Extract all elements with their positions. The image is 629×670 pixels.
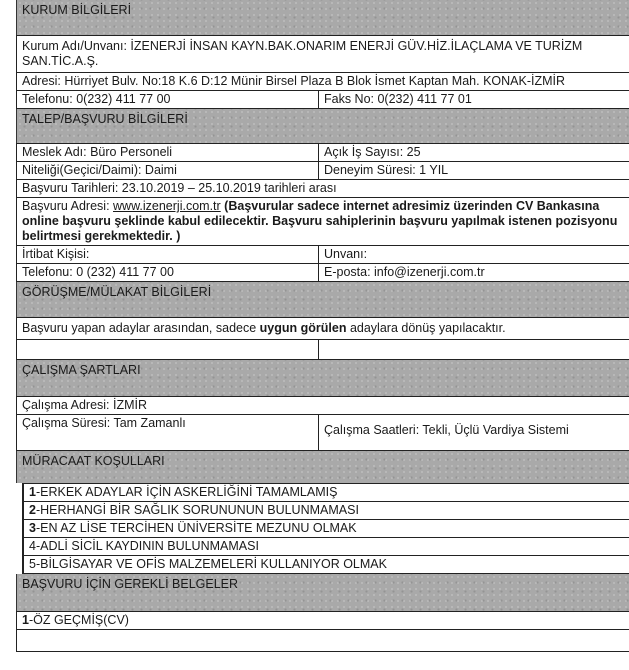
calisma-saatleri: Çalışma Saatleri: Tekli, Üçlü Vardiya Si… bbox=[319, 415, 629, 450]
kurum-address-row: Adresi: Hürriyet Bulv. No:18 K.6 D:12 Mü… bbox=[16, 73, 629, 91]
acik-is-sayisi: Açık İş Sayısı: 25 bbox=[319, 144, 629, 161]
list-item: 2-HERHANGİ BİR SAĞLIK SORUNUNUN BULUNMAM… bbox=[23, 502, 629, 520]
belgeler-list: 1-ÖZ GEÇMİŞ(CV) bbox=[16, 611, 629, 630]
empty-cell bbox=[17, 630, 629, 651]
basvuru-tarihleri: Başvuru Tarihleri: 23.10.2019 – 25.10.20… bbox=[17, 180, 629, 197]
section-header-gorusme: GÖRÜŞME/MÜLAKAT BİLGİLERİ bbox=[16, 282, 629, 317]
irtibat-telefon: Telefonu: 0 (232) 411 77 00 bbox=[17, 264, 319, 281]
niteligi: Niteliği(Geçici/Daimi): Daimi bbox=[17, 162, 319, 179]
list-item: 1-ERKEK ADAYLAR İÇİN ASKERLİĞİNİ TAMAMLA… bbox=[23, 483, 629, 502]
item-text: -HERHANGİ BİR SAĞLIK SORUNUNUN BULUNMAMA… bbox=[36, 503, 359, 517]
basvuru-website-link[interactable]: www.izenerji.com.tr bbox=[113, 199, 221, 213]
kurum-contact-row: Telefonu: 0(232) 411 77 00 Faks No: 0(23… bbox=[16, 91, 629, 109]
irtibat-kisisi: İrtibat Kişisi: bbox=[17, 246, 319, 263]
item-number: 4 bbox=[29, 539, 36, 553]
unvani: Unvanı: bbox=[319, 246, 629, 263]
list-item: 1-ÖZ GEÇMİŞ(CV) bbox=[16, 611, 629, 630]
section-title: ÇALIŞMA ŞARTLARI bbox=[22, 363, 629, 377]
talep-row-1: Meslek Adı: Büro Personeli Açık İş Sayıs… bbox=[16, 143, 629, 162]
section-header-talep: TALEP/BAŞVURU BİLGİLERİ bbox=[16, 109, 629, 143]
empty-cell bbox=[319, 340, 629, 359]
item-text: -ERKEK ADAYLAR İÇİN ASKERLİĞİNİ TAMAMLAM… bbox=[36, 485, 337, 499]
gorusme-text-bold: uygun görülen bbox=[260, 321, 347, 335]
meslek-adi: Meslek Adı: Büro Personeli bbox=[17, 144, 319, 161]
talep-row-2: Niteliği(Geçici/Daimi): Daimi Deneyim Sü… bbox=[16, 162, 629, 180]
talep-row-3: Başvuru Tarihleri: 23.10.2019 – 25.10.20… bbox=[16, 180, 629, 198]
section-header-calisma: ÇALIŞMA ŞARTLARI bbox=[16, 360, 629, 396]
talep-row-6: Telefonu: 0 (232) 411 77 00 E-posta: inf… bbox=[16, 264, 629, 282]
gorusme-text-2: adaylara dönüş yapılacaktır. bbox=[346, 321, 505, 335]
item-text: -BİLGİSAYAR VE OFİS MALZEMELERİ KULLANIY… bbox=[36, 557, 387, 571]
kurum-name-row: Kurum Adı/Unvanı: İZENERJİ İNSAN KAYN.BA… bbox=[16, 35, 629, 73]
talep-row-5: İrtibat Kişisi: Unvanı: bbox=[16, 246, 629, 264]
section-header-kurum: KURUM BİLGİLERİ bbox=[16, 0, 629, 35]
calisma-adresi: Çalışma Adresi: İZMİR bbox=[17, 397, 629, 414]
item-text: -ADLİ SİCİL KAYDININ BULUNMAMASI bbox=[36, 539, 259, 553]
muracaat-list: 1-ERKEK ADAYLAR İÇİN ASKERLİĞİNİ TAMAMLA… bbox=[22, 483, 629, 574]
job-posting-form: KURUM BİLGİLERİ Kurum Adı/Unvanı: İZENER… bbox=[16, 0, 629, 652]
kurum-name-label: Kurum Adı/Unvanı: bbox=[22, 39, 127, 53]
list-item: 3-EN AZ LİSE TERCİHEN ÜNİVERSİTE MEZUNU … bbox=[23, 520, 629, 538]
item-text: -EN AZ LİSE TERCİHEN ÜNİVERSİTE MEZUNU O… bbox=[36, 521, 357, 535]
calisma-row-1: Çalışma Adresi: İZMİR bbox=[16, 396, 629, 415]
item-number: 1 bbox=[29, 485, 36, 499]
gorusme-empty-row bbox=[16, 340, 629, 360]
gorusme-text-1: Başvuru yapan adaylar arasından, sadece bbox=[22, 321, 260, 335]
section-title: TALEP/BAŞVURU BİLGİLERİ bbox=[22, 112, 629, 126]
gorusme-row: Başvuru yapan adaylar arasından, sadece … bbox=[16, 317, 629, 340]
item-number: 5 bbox=[29, 557, 36, 571]
section-title: GÖRÜŞME/MÜLAKAT BİLGİLERİ bbox=[22, 285, 629, 299]
section-title: BAŞVURU İÇİN GEREKLİ BELGELER bbox=[22, 577, 629, 591]
section-title: KURUM BİLGİLERİ bbox=[22, 3, 629, 17]
item-number: 2 bbox=[29, 503, 36, 517]
list-item: 5-BİLGİSAYAR VE OFİS MALZEMELERİ KULLANI… bbox=[23, 556, 629, 574]
deneyim-suresi: Deneyim Süresi: 1 YIL bbox=[319, 162, 629, 179]
kurum-fax: Faks No: 0(232) 411 77 01 bbox=[319, 91, 629, 108]
section-title: MÜRACAAT KOŞULLARI bbox=[22, 454, 629, 468]
calisma-suresi: Çalışma Süresi: Tam Zamanlı bbox=[17, 415, 319, 450]
talep-row-4: Başvuru Adresi: www.izenerji.com.tr (Baş… bbox=[16, 198, 629, 246]
belgeler-empty-row bbox=[16, 630, 629, 652]
basvuru-adresi-label: Başvuru Adresi: bbox=[22, 199, 113, 213]
list-item: 4-ADLİ SİCİL KAYDININ BULUNMAMASI bbox=[23, 538, 629, 556]
item-number: 3 bbox=[29, 521, 36, 535]
calisma-row-2: Çalışma Süresi: Tam Zamanlı Çalışma Saat… bbox=[16, 415, 629, 451]
item-number: 1 bbox=[22, 613, 29, 627]
section-header-belgeler: BAŞVURU İÇİN GEREKLİ BELGELER bbox=[16, 574, 629, 611]
empty-cell bbox=[17, 340, 319, 359]
section-header-muracaat: MÜRACAAT KOŞULLARI bbox=[16, 451, 629, 483]
item-text: -ÖZ GEÇMİŞ(CV) bbox=[29, 613, 129, 627]
kurum-phone: Telefonu: 0(232) 411 77 00 bbox=[17, 91, 319, 108]
irtibat-eposta: E-posta: info@izenerji.com.tr bbox=[319, 264, 629, 281]
kurum-address: Adresi: Hürriyet Bulv. No:18 K.6 D:12 Mü… bbox=[17, 73, 629, 90]
